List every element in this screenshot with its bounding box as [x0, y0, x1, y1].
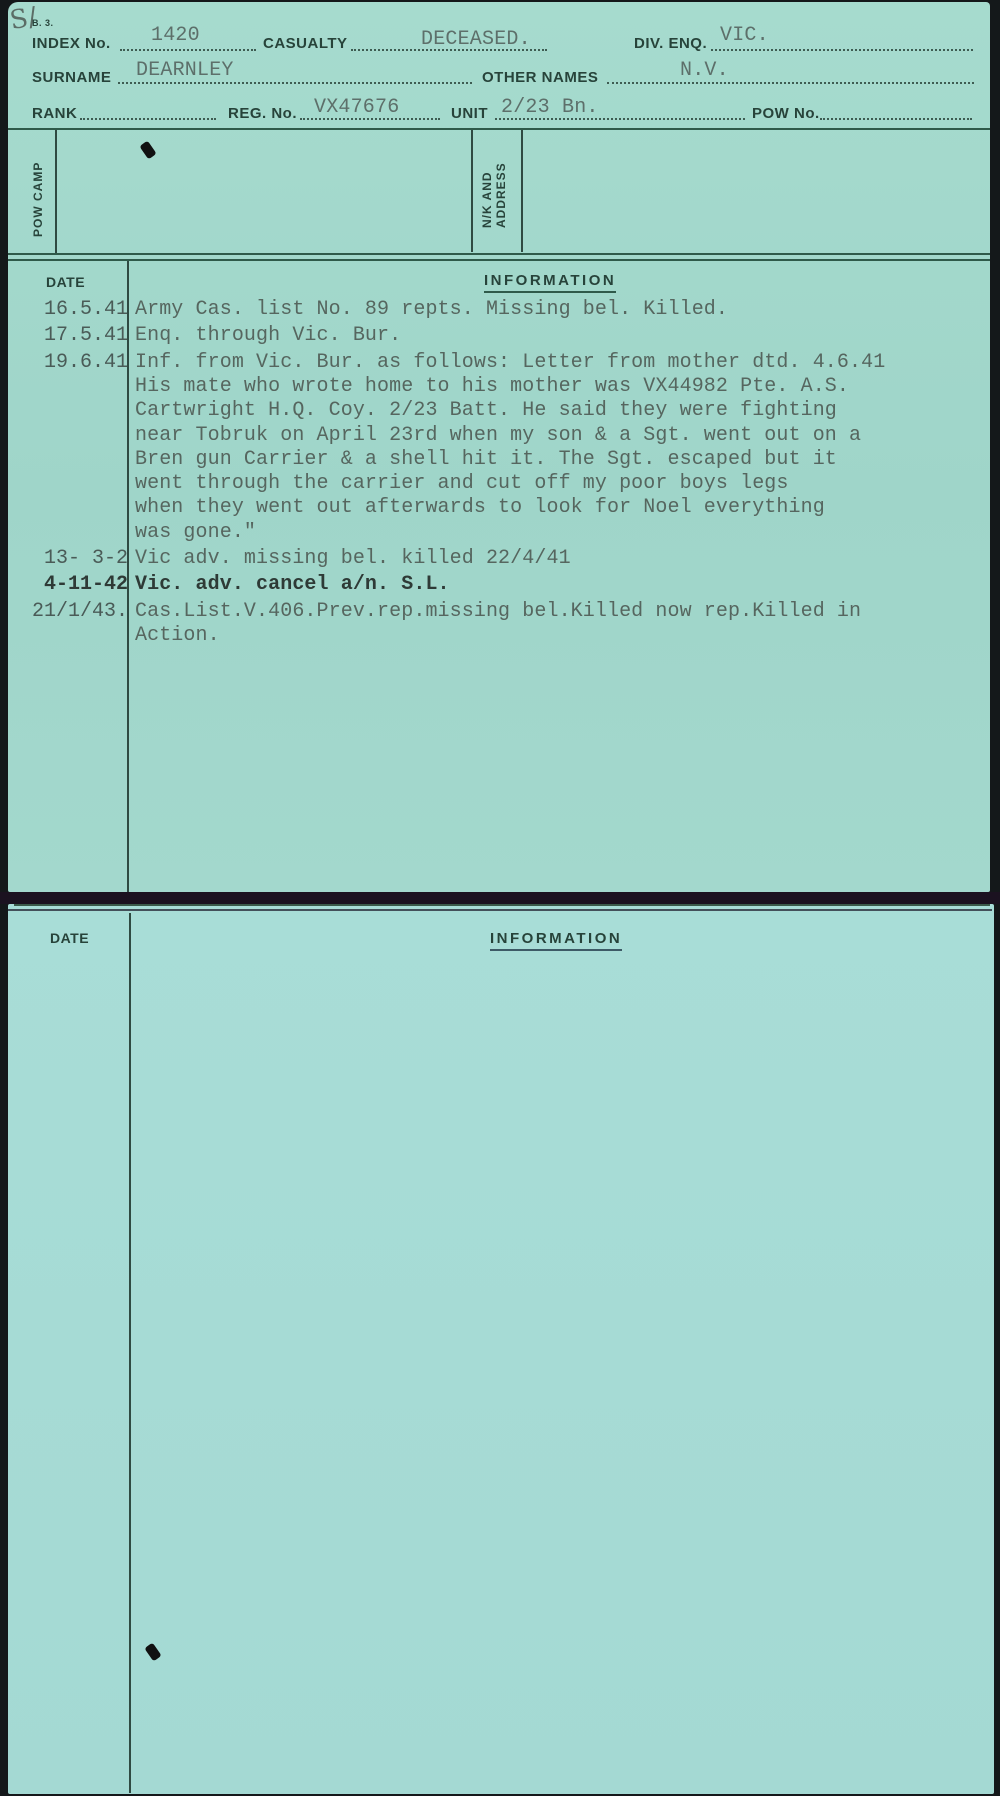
form-code: B. 3.	[32, 18, 54, 28]
record-card-back: DATE INFORMATION	[8, 904, 994, 1794]
divider	[521, 130, 523, 252]
information-header: INFORMATION	[484, 272, 616, 293]
card-separator	[0, 892, 1000, 904]
surname-value: DEARNLEY	[136, 59, 234, 82]
entry-date: 4-11-42	[44, 573, 128, 596]
record-card-front: S/ B. 3. INDEX No. 1420 CASUALTY DECEASE…	[8, 2, 990, 892]
date-header: DATE	[50, 930, 89, 946]
other-names-line	[607, 82, 974, 84]
divider	[8, 259, 990, 261]
rank-label: RANK	[32, 105, 77, 122]
div-enq-line	[711, 49, 973, 51]
entry-text: Vic adv. missing bel. killed 22/4/41	[135, 547, 571, 570]
entry-text: was gone."	[135, 521, 256, 544]
entry-text: when they went out afterwards to look fo…	[135, 496, 825, 519]
nk-address-label: N/K AND ADDRESS	[480, 162, 508, 228]
entry-text: Vic. adv. cancel a/n. S.L.	[135, 573, 450, 596]
other-names-label: OTHER NAMES	[482, 69, 598, 86]
entry-text: near Tobruk on April 23rd when my son & …	[135, 424, 861, 447]
date-header: DATE	[46, 274, 85, 290]
pow-camp-label: POW CAMP	[31, 162, 45, 237]
rank-line	[80, 118, 216, 120]
surname-line	[118, 82, 472, 84]
nk-address-label-line2: ADDRESS	[494, 162, 508, 228]
entry-date: 17.5.41	[44, 324, 128, 347]
entry-text: Cartwright H.Q. Coy. 2/23 Batt. He said …	[135, 399, 837, 422]
divider	[8, 909, 992, 911]
information-header: INFORMATION	[490, 930, 622, 951]
divider	[55, 130, 57, 254]
punch-mark	[139, 141, 156, 160]
pow-no-line	[820, 118, 972, 120]
casualty-value: DECEASED.	[421, 28, 531, 51]
surname-label: SURNAME	[32, 69, 111, 86]
index-no-line	[120, 49, 256, 51]
entry-text: Inf. from Vic. Bur. as follows: Letter f…	[135, 351, 885, 374]
entry-date: 16.5.41	[44, 298, 128, 321]
div-enq-label: DIV. ENQ.	[634, 35, 707, 52]
reg-no-label: REG. No.	[228, 105, 297, 122]
entry-text: His mate who wrote home to his mother wa…	[135, 375, 849, 398]
index-no-value: 1420	[151, 24, 200, 47]
entry-text: Cas.List.V.406.Prev.rep.missing bel.Kill…	[135, 600, 861, 623]
index-no-label: INDEX No.	[32, 35, 111, 52]
divider	[14, 904, 990, 906]
casualty-label: CASUALTY	[263, 35, 348, 52]
nk-address-label-line1: N/K AND	[480, 162, 494, 228]
entry-text: Enq. through Vic. Bur.	[135, 324, 401, 347]
other-names-value: N.V.	[680, 59, 729, 82]
reg-no-value: VX47676	[314, 96, 399, 119]
divider	[8, 253, 990, 255]
entry-date: 19.6.41	[44, 351, 128, 374]
date-column-divider	[129, 913, 131, 1793]
entry-text: Army Cas. list No. 89 repts. Missing bel…	[135, 298, 728, 321]
entry-date: 21/1/43.	[32, 600, 128, 623]
entry-text: went through the carrier and cut off my …	[135, 472, 789, 495]
entry-text: Action.	[135, 624, 220, 647]
divider	[471, 130, 473, 252]
div-enq-value: VIC.	[720, 24, 769, 47]
punch-mark	[144, 1643, 161, 1662]
divider	[8, 128, 990, 130]
pow-no-label: POW No.	[752, 105, 820, 122]
entry-date: 13- 3-2	[44, 547, 128, 570]
unit-label: UNIT	[451, 105, 488, 122]
entry-text: Bren gun Carrier & a shell hit it. The S…	[135, 448, 837, 471]
unit-value: 2/23 Bn.	[501, 96, 599, 119]
